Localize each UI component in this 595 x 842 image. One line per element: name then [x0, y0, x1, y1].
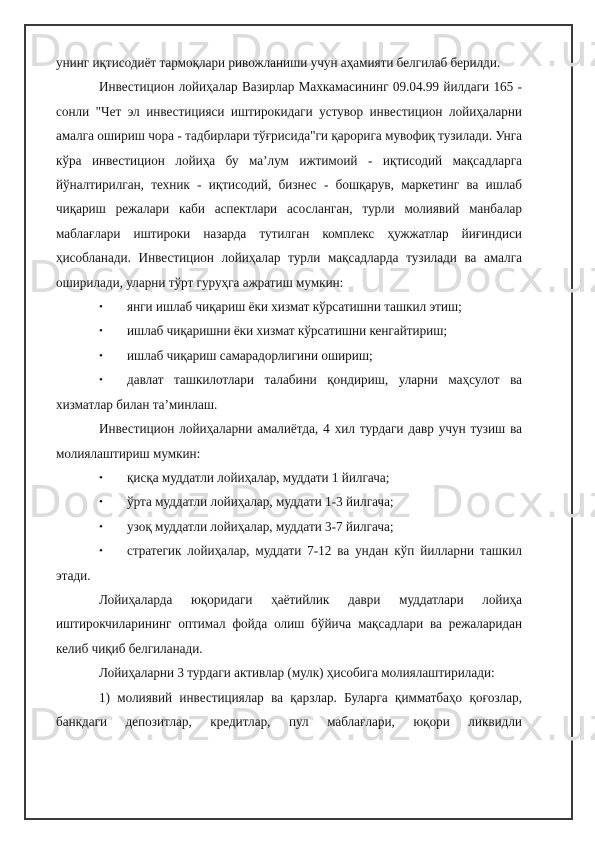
bullet-list-project-periods: •қисқа муддатли лойиҳалар, муддати 1 йил… [56, 466, 522, 588]
paragraph-continuation: унинг иқтисодиёт тармоқлари ривожланиши … [56, 51, 522, 75]
list-item: •қисқа муддатли лойиҳалар, муддати 1 йил… [56, 466, 522, 490]
list-item: •ишлаб чиқариш самарадорлигини ошириш; [56, 344, 522, 368]
paragraph-lifecycle: Лойиҳаларда юқоридаги ҳаётийлик даври му… [56, 588, 522, 661]
list-item: •ўрта муддатли лойиҳалар, муддати 1-3 йи… [56, 490, 522, 514]
document-body: унинг иқтисодиёт тармоқлари ривожланиши … [56, 51, 522, 734]
list-item: •янги ишлаб чиқариш ёки хизмат кўрсатишн… [56, 295, 522, 319]
bullet-icon: • [99, 295, 103, 319]
bullet-icon: • [99, 539, 103, 563]
bullet-icon: • [99, 368, 103, 392]
paragraph-assets: Лойиҳаларни 3 турдаги активлар (мулк) ҳи… [56, 661, 522, 685]
bullet-icon: • [99, 344, 103, 368]
paragraph-investment-projects: Инвестицион лойиҳалар Вазирлар Махкамаси… [56, 75, 522, 295]
list-item: •ишлаб чиқаришни ёки хизмат кўрсатишни к… [56, 319, 522, 343]
bullet-icon: • [99, 466, 103, 490]
list-item: •стратегик лойиҳалар, муддати 7-12 ва ун… [56, 539, 522, 588]
bullet-icon: • [99, 515, 103, 539]
paragraph-periods: Инвестицион лойиҳаларни амалиётда, 4 хил… [56, 417, 522, 466]
list-item: •давлат ташкилотлари талабини қондириш, … [56, 368, 522, 417]
bullet-list-project-groups: •янги ишлаб чиқариш ёки хизмат кўрсатишн… [56, 295, 522, 417]
paragraph-financial-investments: 1) молиявий инвестициялар ва қарзлар. Бу… [56, 686, 522, 735]
list-item: •узоқ муддатли лойиҳалар, муддати 3-7 йи… [56, 515, 522, 539]
bullet-icon: • [99, 490, 103, 514]
bullet-icon: • [99, 319, 103, 343]
